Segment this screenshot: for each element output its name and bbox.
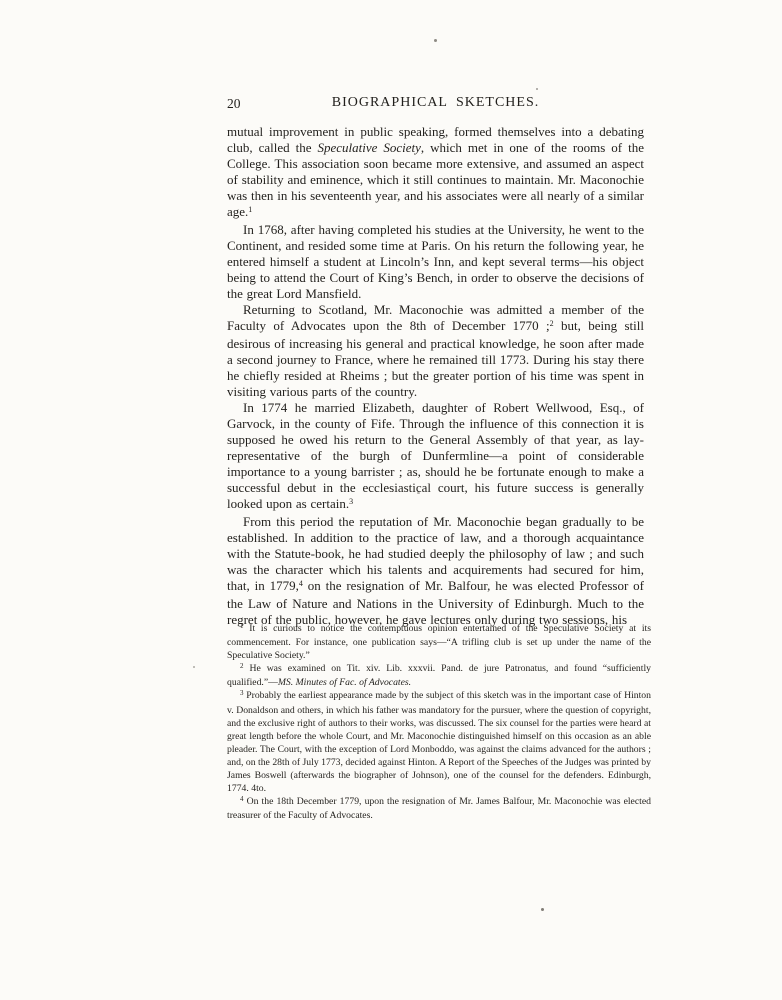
text-run: On the 18th December 1779, upon the resi… (227, 796, 651, 821)
scan-speck (193, 666, 195, 668)
footnote: 1 It is curious to notice the contemptuo… (227, 622, 651, 662)
footnote-marker: 1 (240, 622, 244, 630)
scan-speck (541, 908, 544, 911)
body-text: mutual improvement in public speaking, f… (227, 124, 644, 628)
text-run: It is curious to notice the contemptuous… (227, 623, 651, 661)
footnote-marker: 2 (240, 662, 244, 670)
text-run: In 1774 he married Elizabeth, daughter o… (227, 400, 644, 511)
running-title: BIOGRAPHICAL SKETCHES. (227, 95, 644, 111)
footnote: 3 Probably the earliest appearance made … (227, 689, 651, 795)
italic-text-run: Speculative Society (317, 140, 420, 155)
paragraph: mutual improvement in public speaking, f… (227, 124, 644, 222)
scan-speck (536, 88, 538, 90)
page-header: 20 BIOGRAPHICAL SKETCHES. (227, 95, 644, 113)
footnote-ref: 4 (299, 579, 303, 588)
text-run: Probably the earliest appearance made by… (227, 690, 651, 794)
footnote: 2 He was examined on Tit. xiv. Lib. xxxv… (227, 662, 651, 689)
paragraph: From this period the reputation of Mr. M… (227, 514, 644, 628)
footnote-ref: 2 (550, 319, 554, 328)
footnote-marker: 4 (240, 795, 244, 803)
paragraph: Returning to Scotland, Mr. Maconochie wa… (227, 302, 644, 400)
footnote: 4 On the 18th December 1779, upon the re… (227, 795, 651, 822)
book-page: 20 BIOGRAPHICAL SKETCHES. mutual improve… (0, 0, 782, 1000)
italic-text-run: MS. Minutes of Fac. of Advocates. (278, 677, 411, 688)
paragraph: In 1768, after having completed his stud… (227, 222, 644, 302)
scan-speck (434, 39, 437, 42)
footnote-ref: 3 (349, 497, 353, 506)
paragraph: In 1774 he married Elizabeth, daughter o… (227, 400, 644, 514)
footnotes-section: 1 It is curious to notice the contemptuo… (227, 622, 651, 822)
text-run: In 1768, after having completed his stud… (227, 222, 644, 301)
footnote-marker: 3 (240, 689, 244, 697)
footnote-ref: 1 (248, 205, 252, 214)
